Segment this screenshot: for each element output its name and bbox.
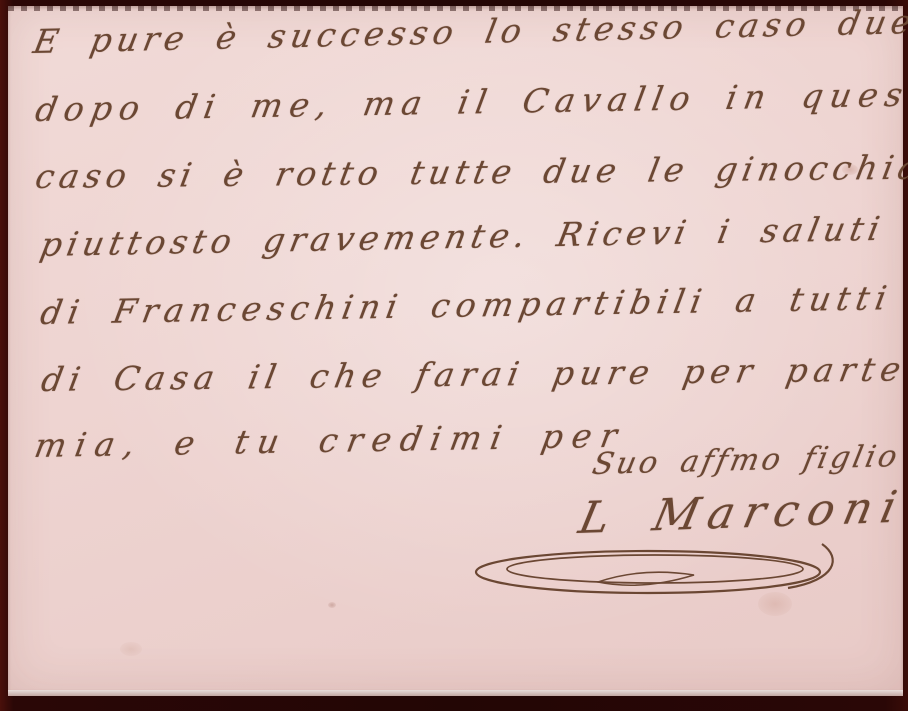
signature-flourish-icon — [470, 542, 850, 600]
signature: L Marconi — [575, 482, 908, 544]
letter-line: mia, e tu credimi per — [32, 416, 630, 465]
paper-stain — [120, 642, 142, 656]
paper-bottom-edge — [8, 690, 903, 696]
ink-spot — [328, 602, 336, 608]
letter-line: di Casa il che farai pure per parte — [38, 349, 908, 399]
letter-closing: Suo affmo figlio — [589, 439, 903, 482]
letter-photo-frame: E pure è successo lo stesso caso due gio… — [0, 0, 908, 711]
letter-paper: E pure è successo lo stesso caso due gio… — [8, 6, 903, 690]
letter-line: piuttosto gravemente. Ricevi i saluti — [37, 209, 888, 264]
letter-line: E pure è successo lo stesso caso due gio… — [30, 0, 908, 61]
letter-line: caso si è rotto tutte due le ginocchia — [32, 148, 908, 196]
letter-line: di Franceschini compartibili a tutti — [38, 278, 896, 332]
letter-line: dopo di me, ma il Cavallo in questo — [33, 74, 908, 129]
